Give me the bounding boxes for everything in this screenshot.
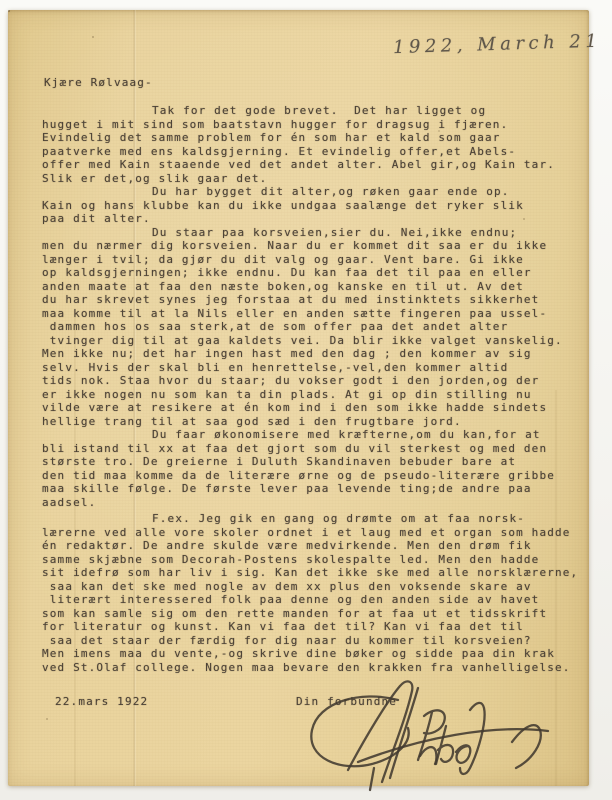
typed-line: literært interessered folk paa denne og … [42, 593, 598, 607]
typed-line: er ikke nogen nu som kan ta din plads. A… [42, 388, 598, 402]
typed-line: Du har bygget dit alter,og røken gaar en… [42, 185, 598, 199]
typed-line: samme skjæbne som Decorah-Postens skoles… [42, 553, 598, 567]
typed-line: Men ikke nu; det har ingen hast med den … [42, 347, 598, 361]
paragraph-2: Du har bygget dit alter,og røken gaar en… [42, 185, 598, 226]
typed-line: Slik er det,og slik gaar det. [42, 172, 598, 186]
typed-line: anden maate at faa den næste boken,og ka… [42, 280, 598, 294]
paper-specks [8, 10, 10, 12]
typed-line: dammen hos os saa sterk,at de som offer … [42, 320, 598, 334]
typed-line: Kain og hans klubbe kan du ikke undgaa s… [42, 199, 598, 213]
typed-line: saa det staar der færdig for dig naar du… [42, 634, 598, 648]
typed-line: for literatur og kunst. Kan vi faa det t… [42, 620, 598, 634]
typed-line: men du nærmer dig korsveien. Naar du er … [42, 239, 598, 253]
typed-line: maa komme til at la Nils eller en anden … [42, 307, 598, 321]
typed-line: vilde være at resikere at én kom ind i d… [42, 401, 598, 415]
typed-line: paatverke med ens kaldsgjerning. Et evin… [42, 145, 598, 159]
salutation: Kjære Rølvaag- [44, 76, 153, 90]
paragraph-4: Du faar økonomisere med kræfterne,om du … [42, 428, 598, 509]
typed-line: Tak for det gode brevet. Det har ligget … [42, 104, 598, 118]
scan-background: 1922, March 21 Kjære Rølvaag- Tak for de… [0, 0, 612, 800]
typed-line: tids nok. Staa hvor du staar; du vokser … [42, 374, 598, 388]
typed-date: 22.mars 1922 [55, 695, 148, 709]
typed-line: selv. Hvis der skal bli en henrettelse,-… [42, 361, 598, 375]
typed-line: maa skille følge. De første lever paa le… [42, 482, 598, 496]
handwritten-date: 1922, March 21 [393, 31, 594, 58]
typed-line: Du staar paa korsveien,sier du. Nei,ikke… [42, 226, 598, 240]
paragraph-1: Tak for det gode brevet. Det har ligget … [42, 104, 598, 185]
typed-line: op kaldsgjerningen; ikke endnu. Du kan f… [42, 266, 598, 280]
typed-line: den tid maa komme da de literære ørne og… [42, 469, 598, 483]
paragraph-3: Du staar paa korsveien,sier du. Nei,ikke… [42, 226, 598, 429]
typed-line: hellige trang til at saa god sæd i den f… [42, 415, 598, 429]
paragraph-5: F.ex. Jeg gik en gang og drømte om at fa… [42, 512, 598, 674]
typed-line: Men imens maa du vente,-og skrive dine b… [42, 647, 598, 661]
typed-line: aadsel. [42, 496, 598, 510]
typed-line: som kan samle sig om den rette manden fo… [42, 607, 598, 621]
typed-line: hugget i mit sind som baatstavn hugger f… [42, 118, 598, 132]
typed-line: største tro. De greierne i Duluth Skandi… [42, 455, 598, 469]
typed-line: bli istand til xx at faa det gjort som d… [42, 442, 598, 456]
typed-line: offer med Kain staaende ved det andet al… [42, 158, 598, 172]
typed-line: F.ex. Jeg gik en gang og drømte om at fa… [42, 512, 598, 526]
typed-line: sit idefrø som har liv i sig. Kan det ik… [42, 566, 598, 580]
typed-line: én redaktør. De andre skulde være medvir… [42, 539, 598, 553]
letter-page: 1922, March 21 Kjære Rølvaag- Tak for de… [8, 10, 589, 786]
typed-line: ved St.Olaf college. Nogen maa bevare de… [42, 661, 598, 675]
typed-line: længer i tvil; da gjør du dit valg og ga… [42, 253, 598, 267]
letter-body: Tak for det gode brevet. Det har ligget … [42, 104, 598, 674]
valediction: Din forbundne [296, 695, 397, 709]
typed-line: paa dit alter. [42, 212, 598, 226]
typed-line: du har skrevet synes jeg forstaa at du m… [42, 293, 598, 307]
typed-line: Evindelig det samme problem for én som h… [42, 131, 598, 145]
typed-line: tvinger dig til at gaa kaldets vei. Da b… [42, 334, 598, 348]
typed-line: lærerne ved alle vore skoler ordnet i et… [42, 526, 598, 540]
typed-line: saa kan det ske med nogle av dem xx plus… [42, 580, 598, 594]
typed-line: Du faar økonomisere med kræfterne,om du … [42, 428, 598, 442]
